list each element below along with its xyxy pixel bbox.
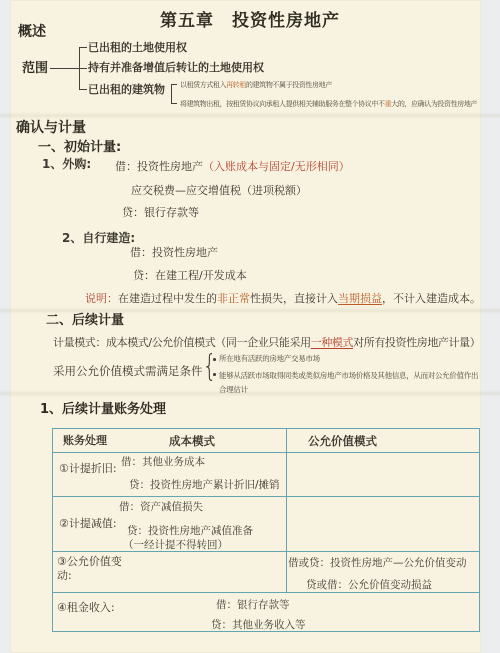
row4-credit: 贷：其他业务收入等 — [211, 619, 306, 633]
row1-label: ①计提折旧: — [59, 462, 117, 476]
purchase-label: 1、外购: — [42, 157, 91, 172]
fv-condition-item-1: 所在地有活跃的房地产交易市场 — [219, 354, 320, 363]
mode-post: 对所有投资性房地产计量） — [353, 336, 480, 349]
building-note-1-highlight: 再转租 — [226, 81, 246, 89]
selfbuild-note-line: 说明：在建造过程中发生的非正常性损失，直接计入当期损益，不计入建造成本。 — [85, 292, 481, 306]
selfbuild-note-label: 说明： — [85, 292, 118, 305]
building-note-2-post: 大的，应确认为投资性房地产 — [391, 100, 477, 108]
row3-label: ③公允价值变动: — [57, 555, 123, 584]
selfbuild-note-seg1: 在建造过程中发生的 — [118, 292, 217, 305]
mode-line: 计量模式：成本模式/公允价值模式（同一企业只能采用一种模式对所有投资性房地产计量… — [53, 336, 480, 350]
building-note-1-pre: 以租赁方式租入 — [180, 81, 226, 89]
purchase-debit-line: 借：投资性房地产（入账成本与固定/无形相同） — [115, 160, 350, 174]
overview-heading: 概述 — [18, 24, 46, 42]
fv-conditions-brace: { — [202, 352, 216, 382]
scope-bracket-tick-bottom — [79, 89, 87, 90]
building-note-1: 以租赁方式租入再转租的建筑物不属于投资性房地产 — [180, 81, 332, 90]
recognition-heading: 确认与计量 — [16, 120, 86, 138]
scope-item-land-leased: 已出租的土地使用权 — [88, 41, 187, 55]
row4-label: ④租金收入: — [57, 601, 115, 615]
chapter-title: 第五章 投资性房地产 — [0, 11, 500, 32]
initial-measurement-heading: 一、初始计量: — [38, 140, 121, 156]
fv-condition-item-2: 能够从活跃市场取得同类或类似房地产市场价格及其他信息，从而对公允价值作出合理估计 — [219, 369, 485, 397]
row2-cost-note: （一经计提不得转回） — [123, 539, 228, 553]
scope-bracket-connector — [50, 68, 87, 69]
mode-pre: 计量模式：成本模式/公允价值模式（同一企业只能采用 — [53, 336, 311, 349]
table-row-line-2 — [53, 496, 479, 497]
scope-item-building-leased: 已出租的建筑物 — [88, 83, 165, 97]
mode-highlight: 一种模式 — [311, 336, 353, 349]
building-bracket-tick-top — [171, 84, 177, 85]
row2-cost-debit: 借：资产减值损失 — [119, 501, 203, 515]
subsequent-heading: 二、后续计量 — [46, 313, 124, 329]
selfbuild-note-hl2: 当期损益 — [338, 292, 382, 305]
building-note-2-pre: 将建筑物出租，按租赁协议向承租人提供相关辅助服务在整个协议中不 — [180, 100, 385, 108]
scope-bracket-tick-top — [79, 47, 87, 48]
table-header-treatment: 账务处理 — [63, 434, 107, 448]
selfbuild-note-seg3: ，不计入建造成本。 — [382, 292, 481, 305]
purchase-debit: 借：投资性房地产 — [115, 160, 203, 173]
row1-cost-credit: 贷：投资性房地产累计折旧/摊销 — [129, 479, 280, 493]
building-note-1-post: 的建筑物不属于投资性房地产 — [246, 81, 332, 89]
scope-label: 范围 — [22, 61, 48, 77]
measurement-table: 账务处理 成本模式 公允价值模式 ①计提折旧: 借：其他业务成本 贷：投资性房地… — [52, 428, 480, 632]
fv-condition-bullet-2 — [213, 373, 216, 376]
row4-debit: 借：银行存款等 — [216, 599, 290, 613]
row1-cost-debit: 借：其他业务成本 — [121, 456, 205, 470]
row2-label: ②计提减值: — [59, 517, 117, 531]
selfbuild-credit: 贷：在建工程/开发成本 — [133, 269, 247, 283]
purchase-debit2: 应交税费—应交增值税（进项税额） — [131, 184, 307, 198]
table-column-divider — [286, 429, 287, 592]
row3-fv-debit: 借或贷：投资性房地产—公允价值变动 — [288, 557, 467, 571]
table-row-line-1 — [53, 452, 479, 453]
selfbuild-note-hl1: 非正常 — [217, 292, 250, 305]
purchase-debit-note: （入账成本与固定/无形相同） — [203, 160, 350, 173]
table-header-fair-value-mode: 公允价值模式 — [308, 434, 377, 449]
row3-fv-credit: 贷或借：公允价值变动损益 — [306, 579, 432, 593]
purchase-credit: 贷：银行存款等 — [122, 206, 199, 220]
table-row-line-3 — [53, 551, 479, 552]
table-heading: 1、后续计量账务处理 — [40, 402, 166, 418]
row2-cost-credit: 贷：投资性房地产减值准备 — [127, 525, 253, 539]
selfbuild-note-seg2: 性损失，直接计入 — [250, 292, 338, 305]
building-bracket-tick-bottom — [171, 103, 177, 104]
notes-page: 第五章 投资性房地产 概述 范围 已出租的土地使用权 持有并准备增值后转让的土地… — [0, 0, 500, 653]
fv-condition-bullet-1 — [213, 358, 216, 361]
selfbuild-debit: 借：投资性房地产 — [130, 246, 218, 260]
fv-conditions-label: 采用公允价值模式需满足条件 — [53, 364, 203, 378]
scope-item-land-appreciation: 持有并准备增值后转让的土地使用权 — [88, 61, 264, 75]
building-note-2: 将建筑物出租，按租赁协议向承租人提供相关辅助服务在整个协议中不重大的，应确认为投… — [180, 100, 477, 109]
building-bracket-stem — [171, 84, 172, 103]
table-header-cost-mode: 成本模式 — [169, 434, 215, 449]
selfbuild-label: 2、自行建造: — [62, 231, 135, 246]
